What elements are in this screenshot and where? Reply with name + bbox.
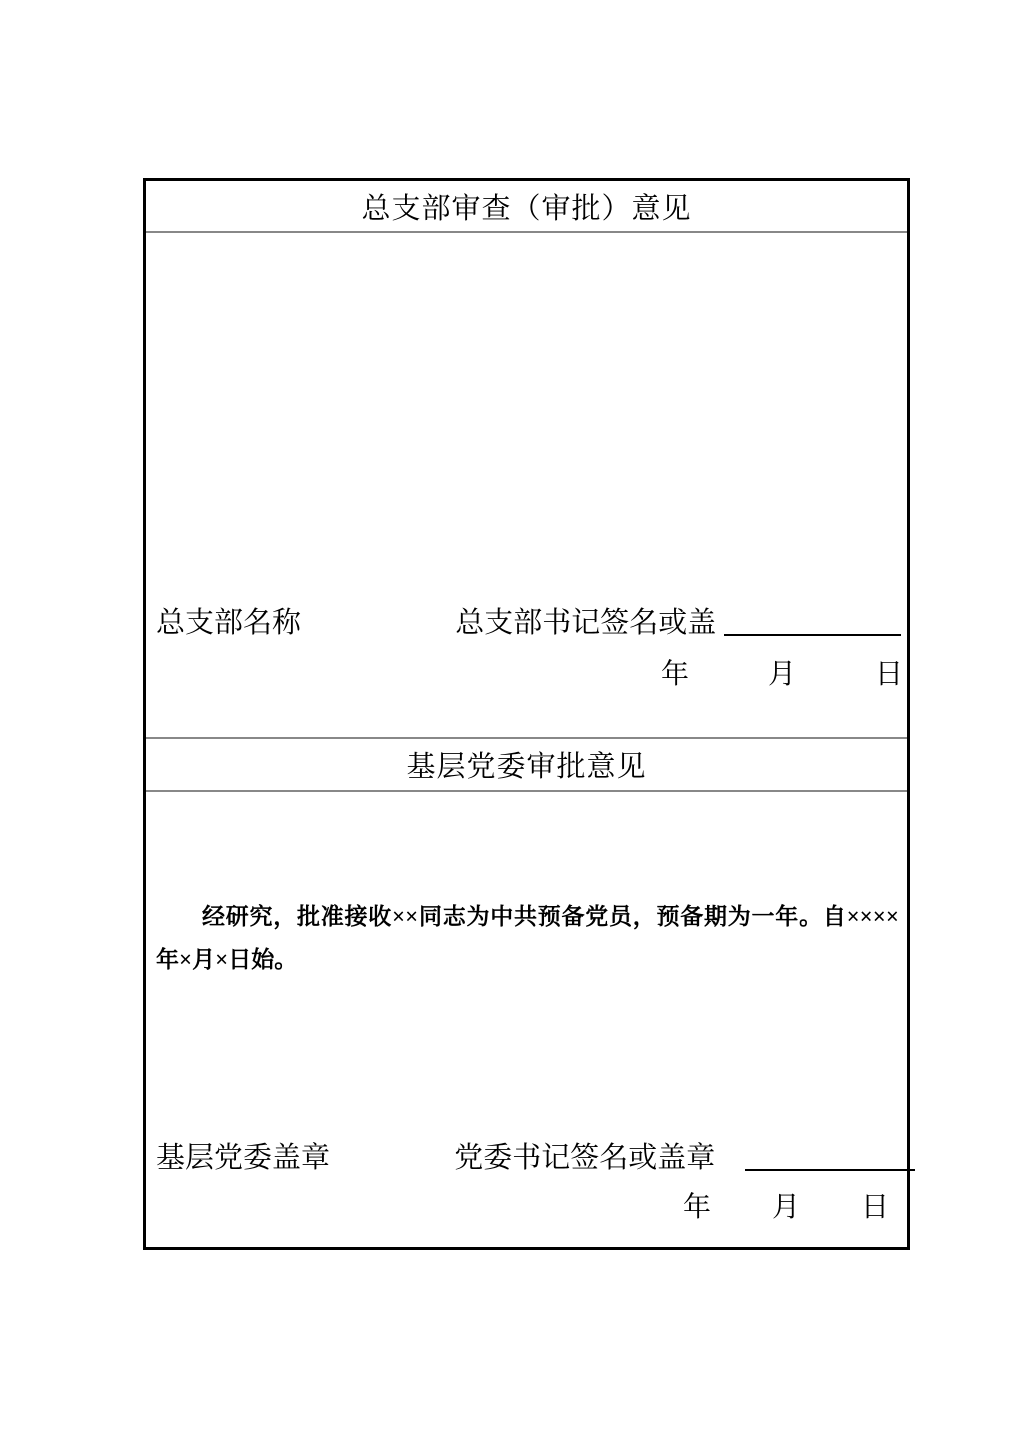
approval-form-table: 总支部审查（审批）意见 总支部名称 总支部书记签名或盖 年 月 日 基层党委审批…: [143, 178, 910, 1250]
section1-signature-row: 总支部名称 总支部书记签名或盖: [156, 603, 903, 643]
committee-seal-label: 基层党委盖章: [156, 1142, 330, 1174]
section1-day-label: 日: [875, 659, 903, 690]
section2-signature-blank-line: [745, 1169, 915, 1171]
section1-header-title: 总支部审查（审批）意见: [361, 186, 691, 227]
section2-date-line: 年 月 日: [156, 1190, 889, 1226]
section2-signature-row: 基层党委盖章 党委书记签名或盖章: [156, 1138, 903, 1178]
branch-secretary-signature-label: 总支部书记签名或盖: [455, 607, 716, 639]
branch-name-label: 总支部名称: [156, 607, 301, 639]
section2-month-label: 月: [772, 1192, 800, 1223]
section2-content-cell: 经研究，批准接收××同志为中共预备党员，预备期为一年。自××××年×月×日始。 …: [146, 792, 907, 1247]
section1-year-label: 年: [661, 659, 689, 690]
section1-month-label: 月: [768, 659, 796, 690]
section1-signature-blank-line: [724, 634, 901, 636]
section2-day-label: 日: [861, 1192, 889, 1223]
section1-date-line: 年 月 日: [156, 657, 903, 693]
section2-year-label: 年: [683, 1192, 711, 1223]
section1-content-cell: 总支部名称 总支部书记签名或盖 年 月 日: [146, 233, 907, 739]
section1-header-row: 总支部审查（审批）意见: [146, 181, 907, 233]
approval-decision-text: 经研究，批准接收××同志为中共预备党员，预备期为一年。自××××年×月×日始。: [156, 895, 899, 981]
section2-header-row: 基层党委审批意见: [146, 739, 907, 792]
section2-header-title: 基层党委审批意见: [406, 744, 646, 785]
committee-secretary-signature-label: 党委书记签名或盖章: [454, 1142, 715, 1174]
